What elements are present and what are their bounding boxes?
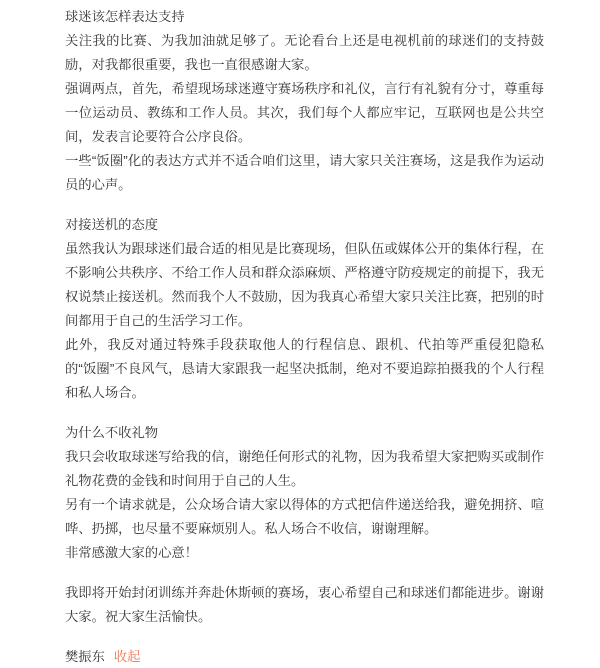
paragraph: 强调两点，首先，希望现场球迷遵守赛场秩序和礼仪，言行有礼貌有分寸，尊重每一位运动…: [65, 77, 544, 149]
paragraph: 一些“饭圈”化的表达方式并不适合咱们这里，请大家只关注赛场，这是我作为运动员的心…: [65, 149, 544, 197]
paragraph: 另有一个请求就是，公众场合请大家以得体的方式把信件递送给我，避免拥挤、喧哗、扔掷…: [65, 493, 544, 541]
section: 对接送机的态度虽然我认为跟球迷们最合适的相见是比赛现场，但队伍或媒体公开的集体行…: [65, 213, 544, 405]
paragraph: 此外，我反对通过特殊手段获取他人的行程信息、跟机、代拍等严重侵犯隐私的“饭圈”不…: [65, 333, 544, 405]
section-heading: 球迷该怎样表达支持: [65, 5, 544, 29]
section-heading: 对接送机的态度: [65, 213, 544, 237]
section: 我即将开始封闭训练并奔赴休斯顿的赛场，衷心希望自己和球迷们都能进步。谢谢大家。祝…: [65, 581, 544, 629]
post-body: 球迷该怎样表达支持关注我的比赛、为我加油就足够了。无论看台上还是电视机前的球迷们…: [65, 0, 544, 668]
signature-row: 樊振东收起: [65, 645, 544, 668]
section: 球迷该怎样表达支持关注我的比赛、为我加油就足够了。无论看台上还是电视机前的球迷们…: [65, 5, 544, 197]
section: 为什么不收礼物我只会收取球迷写给我的信，谢绝任何形式的礼物，因为我希望大家把购买…: [65, 421, 544, 565]
collapse-link[interactable]: 收起: [114, 649, 141, 664]
paragraph: 我即将开始封闭训练并奔赴休斯顿的赛场，衷心希望自己和球迷们都能进步。谢谢大家。祝…: [65, 581, 544, 629]
paragraph: 关注我的比赛、为我加油就足够了。无论看台上还是电视机前的球迷们的支持鼓励，对我都…: [65, 29, 544, 77]
paragraph: 我只会收取球迷写给我的信，谢绝任何形式的礼物，因为我希望大家把购买或制作礼物花费…: [65, 445, 544, 493]
paragraph: 非常感激大家的心意！: [65, 541, 544, 565]
sections: 球迷该怎样表达支持关注我的比赛、为我加油就足够了。无论看台上还是电视机前的球迷们…: [65, 5, 544, 629]
section-heading: 为什么不收礼物: [65, 421, 544, 445]
author-name: 樊振东: [65, 649, 105, 664]
paragraph: 虽然我认为跟球迷们最合适的相见是比赛现场，但队伍或媒体公开的集体行程，在不影响公…: [65, 237, 544, 333]
